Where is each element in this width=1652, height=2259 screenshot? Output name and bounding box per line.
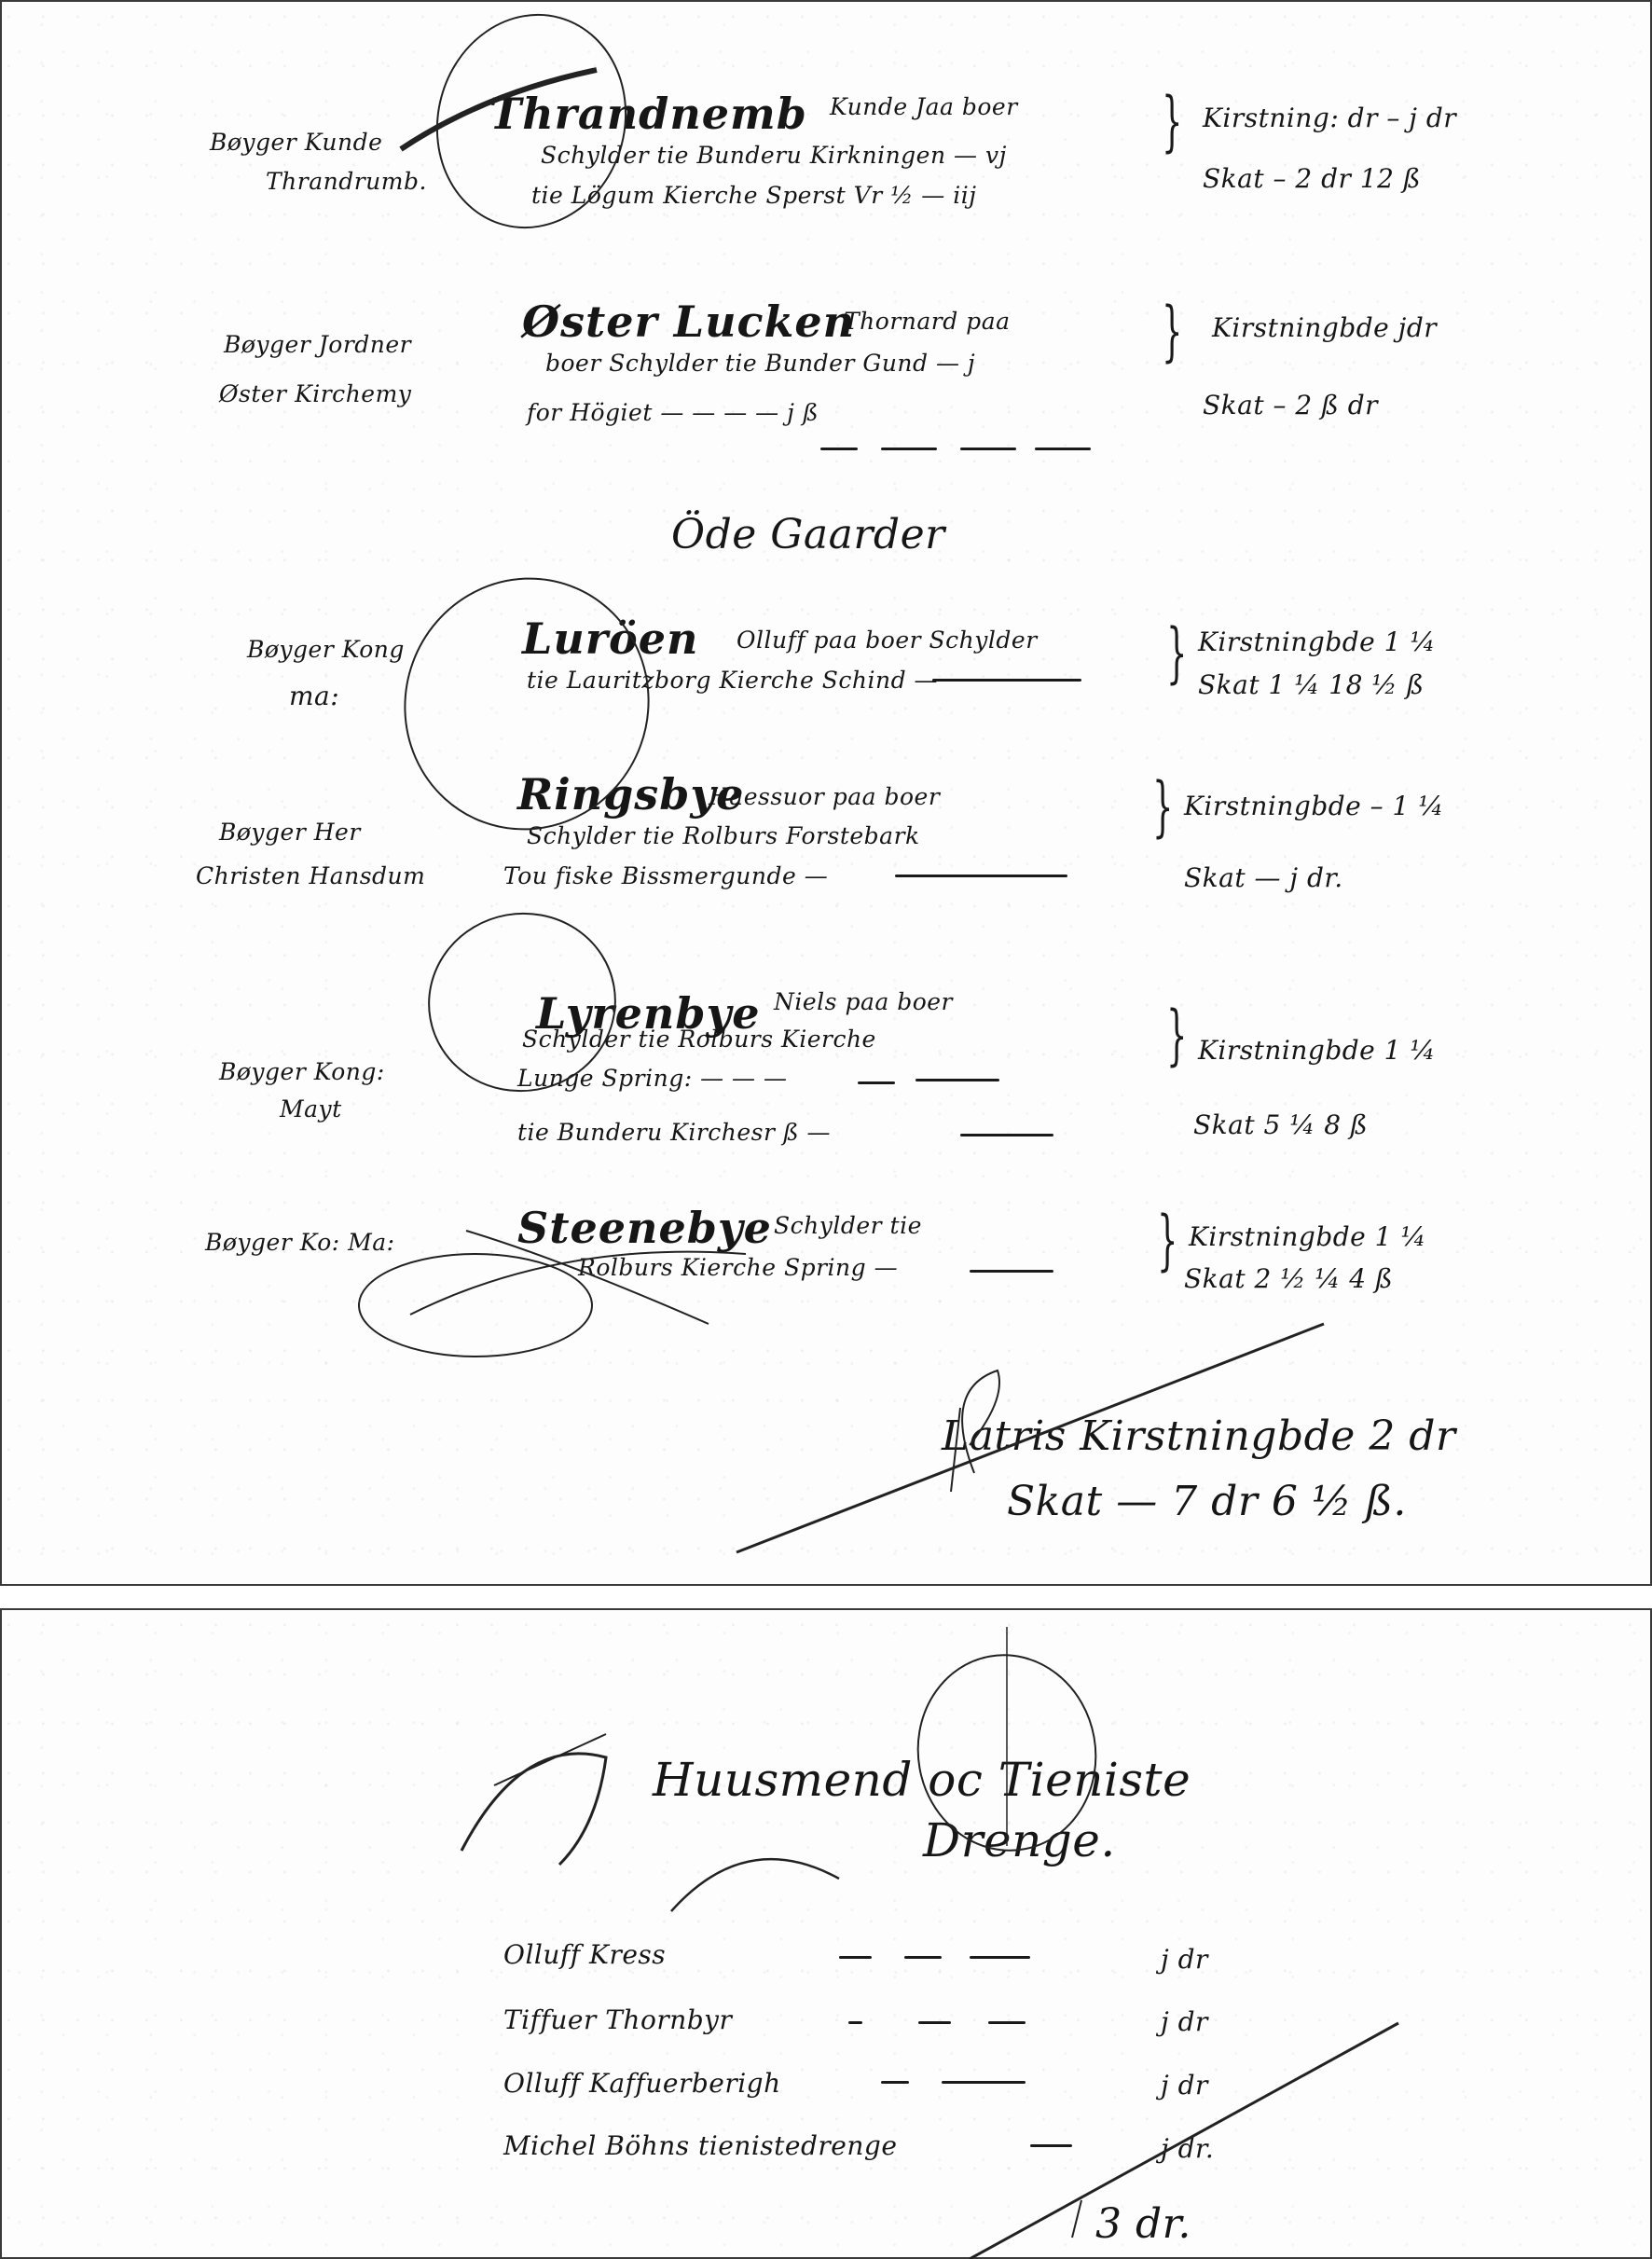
entry2-desc-line1: Thornard paa <box>844 308 1011 335</box>
leader-dash <box>970 1956 1030 1959</box>
entry1-desc-line2: Schylder tie Bunderu Kirkningen — vj <box>541 142 1007 169</box>
entry3-brace: } <box>1166 620 1187 685</box>
entry5-desc-line2: Schylder tie Rolburs Kierche <box>522 1026 876 1053</box>
leader-dash <box>881 448 937 450</box>
bottom-item-2-name: Tiffuer Thornbyr <box>503 2004 732 2035</box>
entry1-desc-line3: tie Lögum Kierche Sperst Vr ½ — iij <box>531 182 976 209</box>
entry1-left-note-line1: Bøyger Kunde <box>210 129 382 156</box>
leader-dash <box>839 1956 872 1959</box>
entry6-tax-line2: Skat 2 ½ ¼ 4 ß <box>1184 1263 1393 1294</box>
entry3-tax-line1: Kirstningbde 1 ¼ <box>1198 627 1436 657</box>
leader-dash <box>960 1134 1053 1136</box>
bottom-item-4-name: Michel Böhns tienistedrenge <box>503 2130 897 2161</box>
entry2-tax-line2: Skat – 2 ß dr <box>1203 390 1378 420</box>
entry5-desc-line4: tie Bunderu Kirchesr ß — <box>517 1119 831 1146</box>
leader-dash <box>932 679 1081 682</box>
bottom-item-1-name: Olluff Kress <box>503 1939 666 1970</box>
entry4-desc-line1: Haessuor paa boer <box>709 783 940 810</box>
bottom-item-1-amount: j dr <box>1161 1944 1208 1975</box>
entry3-left-note-line2: ma: <box>289 681 339 711</box>
entry3-tax-line2: Skat 1 ¼ 18 ½ ß <box>1198 669 1425 700</box>
section-heading-ode-gaarder: Öde Gaarder <box>671 511 945 558</box>
entry4-tax-line2: Skat — j dr. <box>1184 862 1343 893</box>
bottom-item-3-name: Olluff Kaffuerberigh <box>503 2068 781 2099</box>
entry6-desc-line1: Schylder tie <box>774 1212 922 1239</box>
bottom-heading-line2: Drenge. <box>923 1813 1116 1867</box>
entry5-desc-line3: Lunge Spring: — — — <box>517 1065 788 1092</box>
entry6-brace: } <box>1157 1207 1177 1273</box>
leader-dash <box>915 1079 999 1081</box>
entry4-desc-line2: Schylder tie Rolburs Forstebark <box>527 822 920 849</box>
entry4-desc-line3: Tou fiske Bissmergunde — <box>503 862 828 889</box>
entry2-heading: Øster Lucken <box>522 296 855 347</box>
entry1-heading: Thrandnemb <box>489 89 807 139</box>
entry5-desc-line1: Niels paa boer <box>774 988 953 1015</box>
manuscript-panel-bottom <box>0 1608 1652 2259</box>
leader-dash <box>858 1081 895 1084</box>
entry5-tax-line1: Kirstningbde 1 ¼ <box>1198 1035 1436 1066</box>
entry1-desc-line1: Kunde Jaa boer <box>830 93 1018 120</box>
entry1-brace: } <box>1162 89 1182 154</box>
entry2-desc-line2: boer Schylder tie Bunder Gund — j <box>545 350 975 377</box>
entry4-left-note-line2: Christen Hansdum <box>196 862 425 889</box>
entry2-left-note-line1: Bøyger Jordner <box>224 331 411 358</box>
bottom-item-3-amount: j dr <box>1161 2070 1208 2101</box>
entry5-left-note-line2: Mayt <box>280 1095 342 1123</box>
entry4-left-note-line1: Bøyger Her <box>219 819 361 846</box>
leader-dash <box>942 2081 1026 2084</box>
entry5-left-note-line1: Bøyger Kong: <box>219 1058 385 1085</box>
summary-line1: Latris Kirstningbde 2 dr <box>942 1412 1456 1460</box>
entry3-left-note-line1: Bøyger Kong <box>247 636 405 663</box>
leader-dash <box>895 875 1067 877</box>
entry5-tax-line2: Skat 5 ¼ 8 ß <box>1193 1109 1368 1140</box>
entry1-tax-line2: Skat – 2 dr 12 ß <box>1203 163 1421 194</box>
entry6-desc-line2: Rolburs Kierche Spring — <box>578 1254 898 1281</box>
leader-dash <box>970 1270 1053 1273</box>
entry2-desc-line3: for Högiet — — — — j ß <box>527 399 819 426</box>
leader-dash <box>881 2081 909 2084</box>
entry1-left-note-line2: Thrandrumb. <box>266 168 427 195</box>
entry3-desc-line2: tie Lauritzborg Kierche Schind — <box>527 667 938 694</box>
leader-dash <box>848 2021 862 2024</box>
entry3-desc-line1: Olluff paa boer Schylder <box>737 627 1038 654</box>
leader-dash <box>904 1956 942 1959</box>
bottom-total: 3 dr. <box>1095 2200 1191 2248</box>
entry5-brace: } <box>1166 1002 1187 1068</box>
leader-dash <box>1035 448 1091 450</box>
entry1-tax-line1: Kirstning: dr – j dr <box>1203 103 1456 133</box>
bottom-item-4-amount: j dr. <box>1161 2133 1214 2164</box>
entry3-heading: Luröen <box>522 613 698 664</box>
leader-dash <box>1030 2144 1072 2147</box>
summary-line2: Skat — 7 dr 6 ½ ß. <box>1007 1478 1407 1525</box>
leader-dash <box>918 2021 951 2024</box>
entry4-brace: } <box>1152 774 1173 839</box>
entry2-tax-line1: Kirstningbde jdr <box>1212 312 1437 343</box>
entry2-brace: } <box>1162 298 1182 364</box>
entry6-heading: Steenebye <box>517 1203 772 1253</box>
leader-dash <box>820 448 858 450</box>
entry4-tax-line1: Kirstningbde – 1 ¼ <box>1184 791 1444 821</box>
entry6-tax-line1: Kirstningbde 1 ¼ <box>1189 1221 1426 1252</box>
leader-dash <box>960 448 1016 450</box>
entry6-left-note: Bøyger Ko: Ma: <box>205 1229 395 1256</box>
bottom-item-2-amount: j dr <box>1161 2006 1208 2037</box>
bottom-heading-line1: Huusmend oc Tieniste <box>653 1753 1191 1807</box>
entry2-left-note-line2: Øster Kirchemy <box>219 380 411 407</box>
leader-dash <box>988 2021 1026 2024</box>
